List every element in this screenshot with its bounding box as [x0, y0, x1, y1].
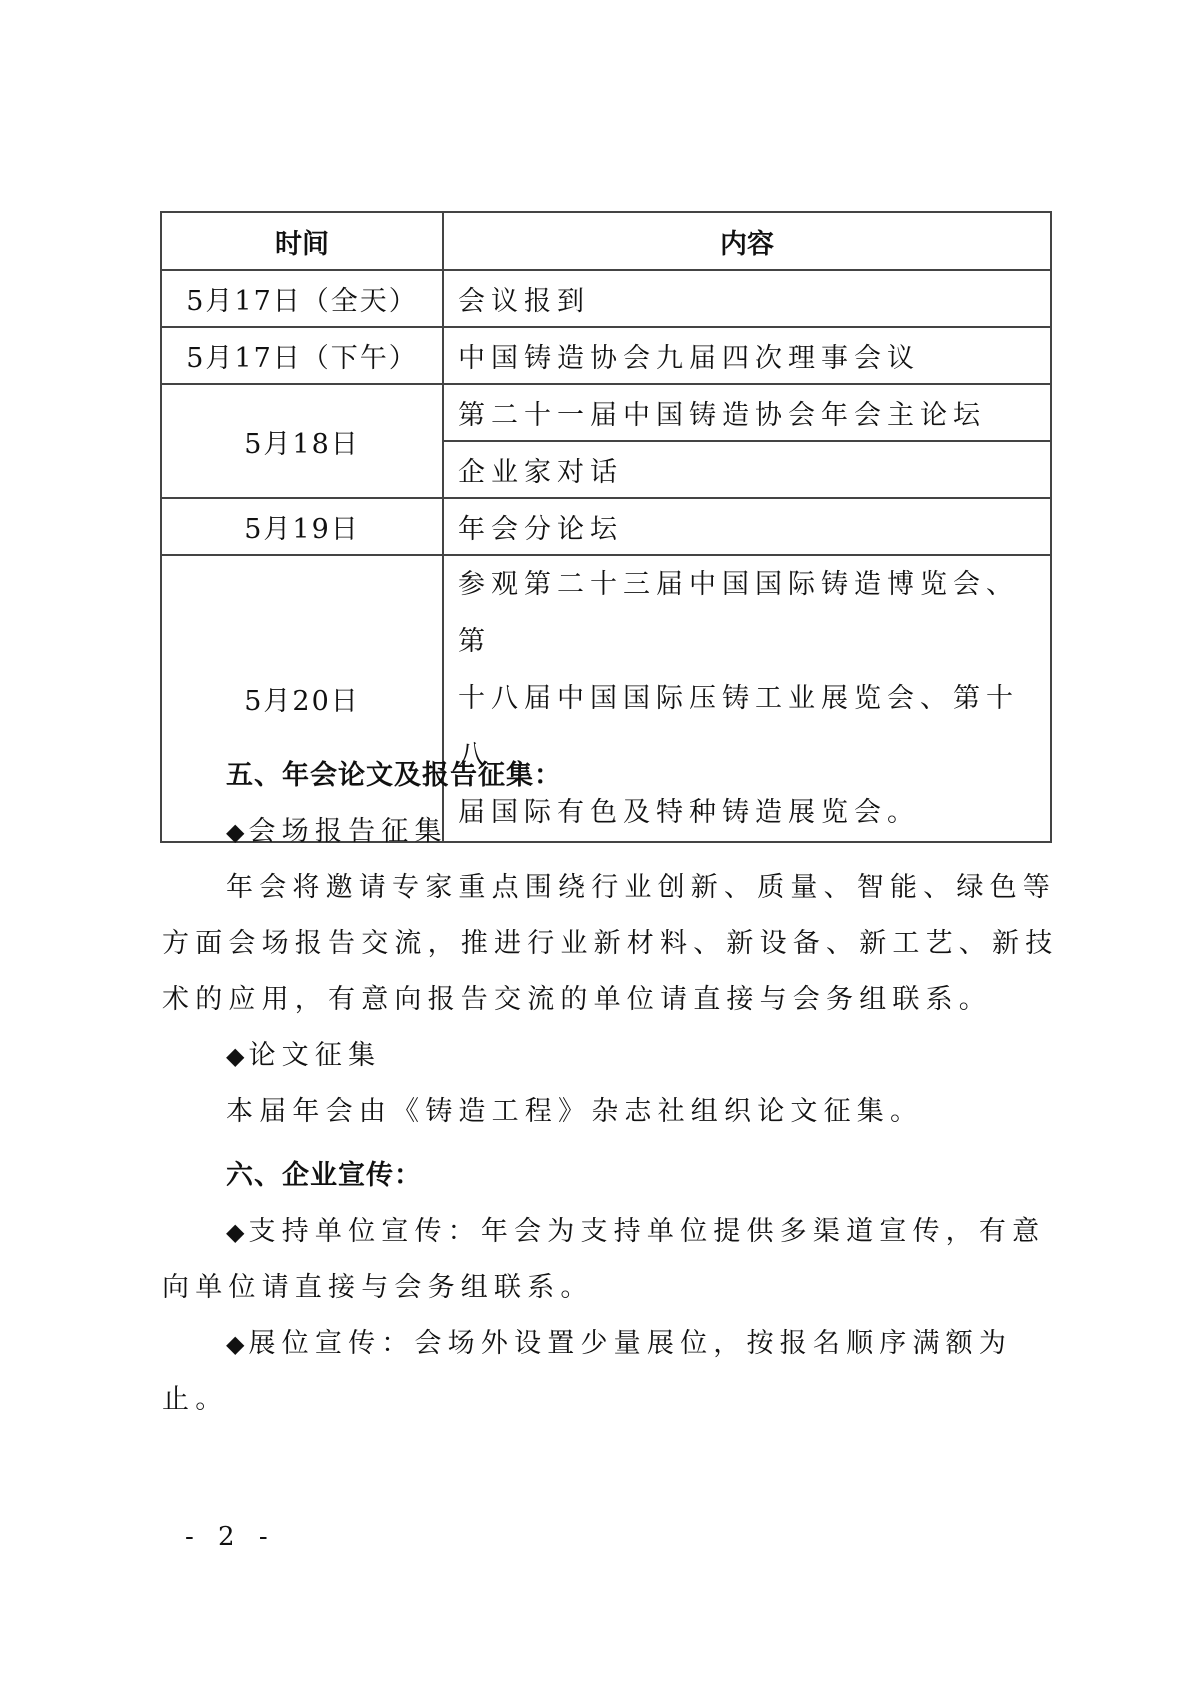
paragraph-line: ◆支持单位宣传：年会为支持单位提供多渠道宣传，有意: [162, 1204, 1057, 1260]
row-content: 中国铸造协会九届四次理事会议: [443, 327, 1051, 384]
diamond-bullet-icon: ◆: [226, 1330, 244, 1358]
table-row: 5月17日（下午） 中国铸造协会九届四次理事会议: [161, 327, 1051, 384]
row-time: 5月18日: [161, 384, 443, 498]
subsection-title: ◆会场报告征集: [162, 804, 1057, 860]
table-header-row: 时间 内容: [161, 212, 1051, 270]
table-row: 5月18日 第二十一届中国铸造协会年会主论坛: [161, 384, 1051, 441]
diamond-bullet-icon: ◆: [226, 818, 244, 846]
diamond-bullet-icon: ◆: [226, 1042, 244, 1070]
section-heading: 五、年会论文及报告征集：: [162, 748, 1057, 804]
table-row: 5月19日 年会分论坛: [161, 498, 1051, 555]
header-content: 内容: [443, 212, 1051, 270]
row-content: 企业家对话: [443, 441, 1051, 498]
table-row: 5月17日（全天） 会议报到: [161, 270, 1051, 327]
subsection-label: 会场报告征集: [248, 816, 447, 847]
row-content: 会议报到: [443, 270, 1051, 327]
paragraph-line: 方面会场报告交流，推进行业新材料、新设备、新工艺、新技: [162, 916, 1057, 972]
paragraph-line: 本届年会由《铸造工程》杂志社组织论文征集。: [162, 1084, 1057, 1140]
header-time: 时间: [161, 212, 443, 270]
document-body: 五、年会论文及报告征集： ◆会场报告征集 年会将邀请专家重点围绕行业创新、质量、…: [162, 748, 1057, 1428]
section-heading: 六、企业宣传：: [162, 1148, 1057, 1204]
page-number: - 2 -: [185, 1522, 276, 1552]
content-line: 参观第二十三届中国国际铸造博览会、第: [458, 556, 1050, 670]
paragraph-text: 展位宣传：会场外设置少量展位，按报名顺序满额为: [248, 1328, 1012, 1359]
row-time: 5月19日: [161, 498, 443, 555]
paragraph-line: 向单位请直接与会务组联系。: [162, 1260, 1057, 1316]
paragraph-line: 止。: [162, 1372, 1057, 1428]
subsection-label: 论文征集: [248, 1040, 381, 1071]
row-content: 年会分论坛: [443, 498, 1051, 555]
diamond-bullet-icon: ◆: [226, 1218, 244, 1246]
subsection-title: ◆论文征集: [162, 1028, 1057, 1084]
row-time: 5月17日（全天）: [161, 270, 443, 327]
paragraph-line: 术的应用，有意向报告交流的单位请直接与会务组联系。: [162, 972, 1057, 1028]
row-time: 5月17日（下午）: [161, 327, 443, 384]
paragraph-line: ◆展位宣传：会场外设置少量展位，按报名顺序满额为: [162, 1316, 1057, 1372]
paragraph-text: 支持单位宣传：年会为支持单位提供多渠道宣传，有意: [248, 1216, 1045, 1247]
paragraph-line: 年会将邀请专家重点围绕行业创新、质量、智能、绿色等: [162, 860, 1057, 916]
row-content: 第二十一届中国铸造协会年会主论坛: [443, 384, 1051, 441]
